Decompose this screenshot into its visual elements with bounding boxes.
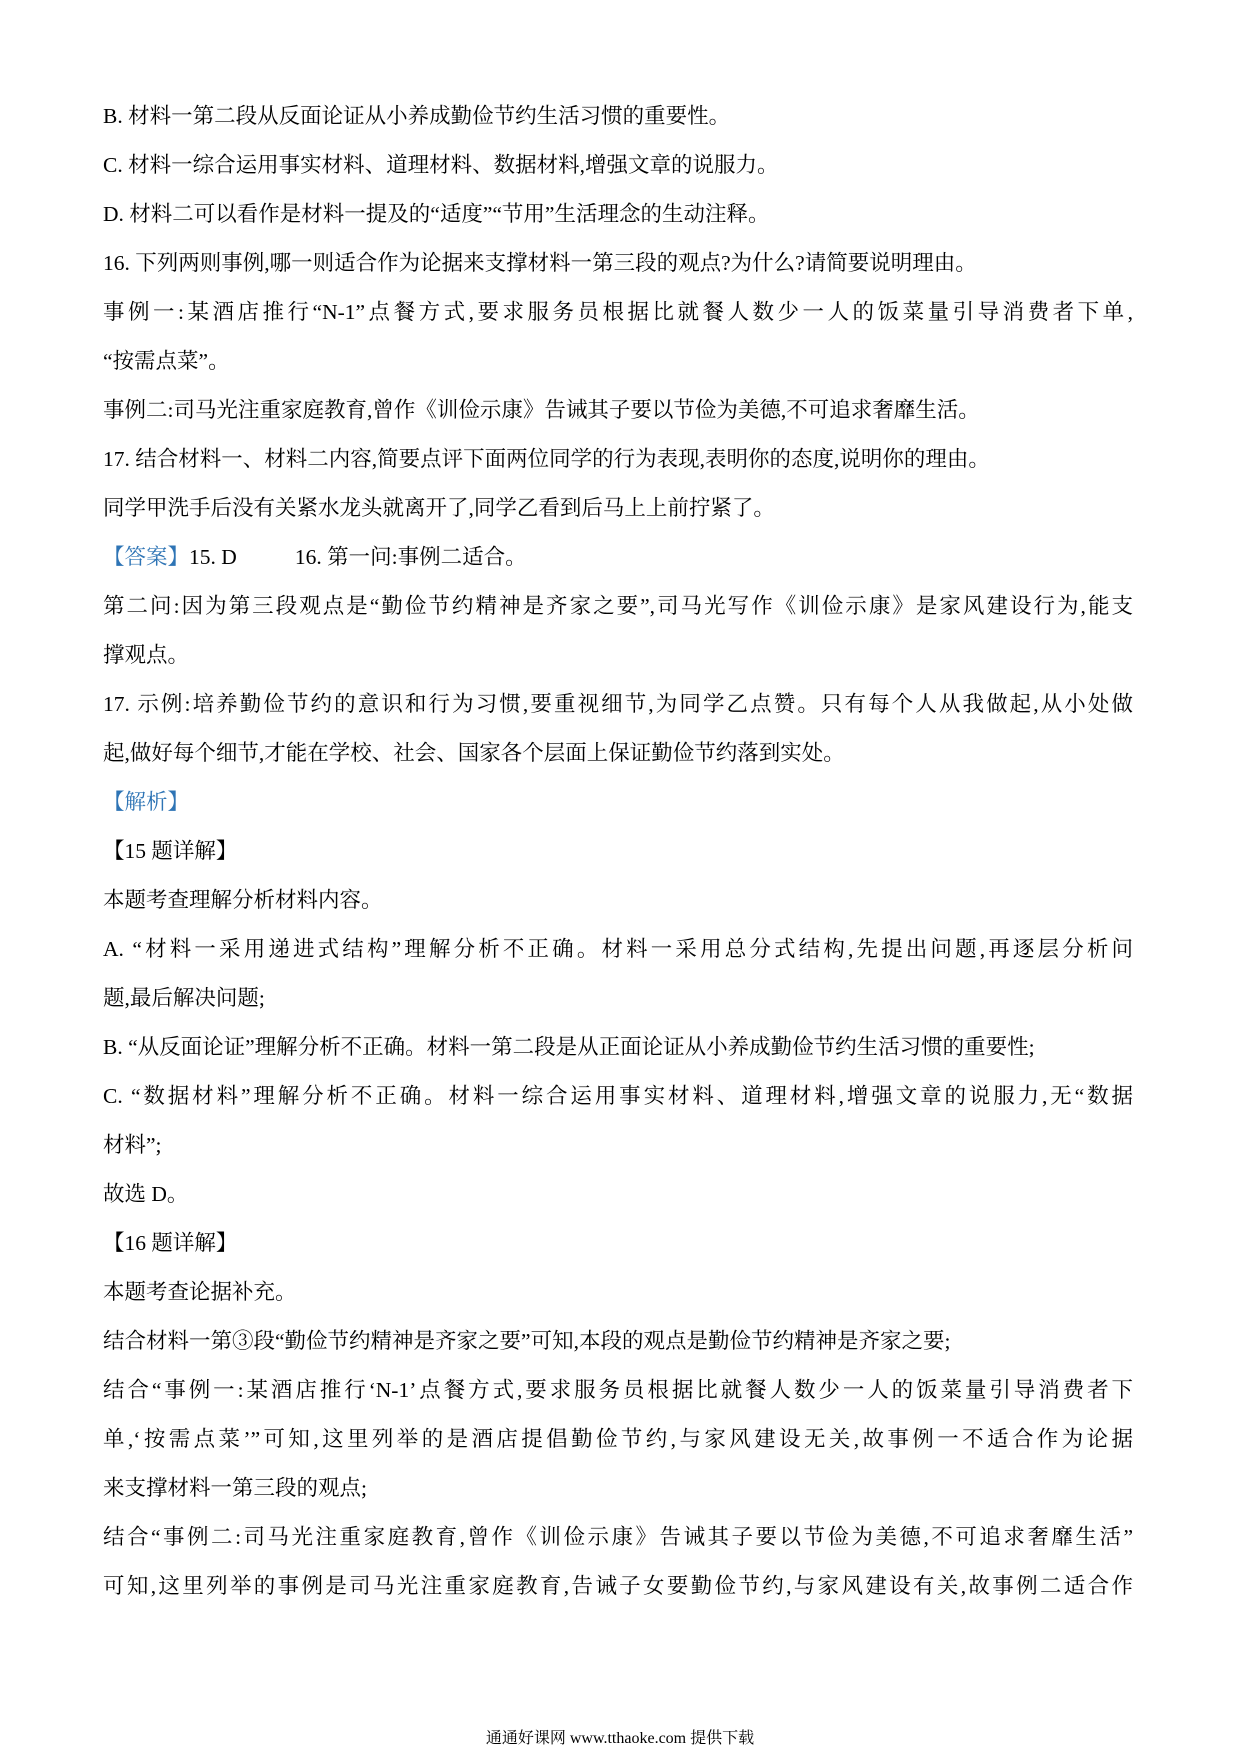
text-line: 17. 结合材料一、材料二内容,简要点评下面两位同学的行为表现,表明你的态度,说…	[103, 435, 1133, 484]
text-line: C. 材料一综合运用事实材料、道理材料、数据材料,增强文章的说服力。	[103, 141, 1133, 190]
text-line: 题,最后解决问题;	[103, 974, 1133, 1023]
text-segment: 结合“事例二:司马光注重家庭教育,曾作《训俭示康》告诫其子要以节俭为美德,不可追…	[103, 1525, 1133, 1549]
text-segment: 来支撑材料一第三段的观点;	[103, 1476, 367, 1500]
text-line: 17. 示例:培养勤俭节约的意识和行为习惯,要重视细节,为同学乙点赞。只有每个人…	[103, 680, 1133, 729]
text-segment: 本题考查理解分析材料内容。	[103, 888, 383, 912]
text-line: B. 材料一第二段从反面论证从小养成勤俭节约生活习惯的重要性。	[103, 92, 1133, 141]
footer-text: 通通好课网 www.tthaoke.com 提供下载	[486, 1730, 754, 1747]
text-line: “按需点菜”。	[103, 337, 1133, 386]
analysis-label: 【解析】	[103, 790, 189, 814]
text-segment: 16. 下列两则事例,哪一则适合作为论据来支撑材料一第三段的观点?为什么?请简要…	[103, 251, 977, 275]
text-line: 故选 D。	[103, 1170, 1133, 1219]
text-line: C. “数据材料”理解分析不正确。材料一综合运用事实材料、道理材料,增强文章的说…	[103, 1072, 1133, 1121]
text-segment: 【15 题详解】	[103, 839, 237, 863]
page-footer: 通通好课网 www.tthaoke.com 提供下载	[0, 1728, 1240, 1750]
text-segment: 【16 题详解】	[103, 1231, 237, 1255]
answer-15: 15. D	[189, 545, 237, 569]
text-line: 事例一:某酒店推行“N-1”点餐方式,要求服务员根据比就餐人数少一人的饭菜量引导…	[103, 288, 1133, 337]
text-segment: 事例一:某酒店推行“N-1”点餐方式,要求服务员根据比就餐人数少一人的饭菜量引导…	[103, 300, 1133, 324]
text-segment: “按需点菜”。	[103, 349, 230, 373]
text-segment: 17. 示例:培养勤俭节约的意识和行为习惯,要重视细节,为同学乙点赞。只有每个人…	[103, 692, 1133, 716]
text-line: 同学甲洗手后没有关紧水龙头就离开了,同学乙看到后马上上前拧紧了。	[103, 484, 1133, 533]
text-segment: A. “材料一采用递进式结构”理解分析不正确。材料一采用总分式结构,先提出问题,…	[103, 937, 1133, 961]
text-segment: C. 材料一综合运用事实材料、道理材料、数据材料,增强文章的说服力。	[103, 153, 778, 177]
text-line: 本题考查论据补充。	[103, 1268, 1133, 1317]
text-line: 【16 题详解】	[103, 1219, 1133, 1268]
text-segment: 单,‘按需点菜’”可知,这里列举的是酒店提倡勤俭节约,与家风建设无关,故事例一不…	[103, 1427, 1133, 1451]
text-segment: 第二问:因为第三段观点是“勤俭节约精神是齐家之要”,司马光写作《训俭示康》是家风…	[103, 594, 1133, 618]
text-line: 第二问:因为第三段观点是“勤俭节约精神是齐家之要”,司马光写作《训俭示康》是家风…	[103, 582, 1133, 631]
text-line: 起,做好每个细节,才能在学校、社会、国家各个层面上保证勤俭节约落到实处。	[103, 729, 1133, 778]
text-line: 结合“事例二:司马光注重家庭教育,曾作《训俭示康》告诫其子要以节俭为美德,不可追…	[103, 1513, 1133, 1562]
text-line: 结合材料一第③段“勤俭节约精神是齐家之要”可知,本段的观点是勤俭节约精神是齐家之…	[103, 1317, 1133, 1366]
text-segment: 同学甲洗手后没有关紧水龙头就离开了,同学乙看到后马上上前拧紧了。	[103, 496, 775, 520]
text-line: 可知,这里列举的事例是司马光注重家庭教育,告诫子女要勤俭节约,与家风建设有关,故…	[103, 1562, 1133, 1611]
text-segment: 结合“事例一:某酒店推行‘N-1’点餐方式,要求服务员根据比就餐人数少一人的饭菜…	[103, 1378, 1133, 1402]
text-line: A. “材料一采用递进式结构”理解分析不正确。材料一采用总分式结构,先提出问题,…	[103, 925, 1133, 974]
text-segment: 题,最后解决问题;	[103, 986, 265, 1010]
text-line: 撑观点。	[103, 631, 1133, 680]
text-line: 【答案】15. D16. 第一问:事例二适合。	[103, 533, 1133, 582]
text-segment: 可知,这里列举的事例是司马光注重家庭教育,告诫子女要勤俭节约,与家风建设有关,故…	[103, 1574, 1133, 1598]
text-line: 单,‘按需点菜’”可知,这里列举的是酒店提倡勤俭节约,与家风建设无关,故事例一不…	[103, 1415, 1133, 1464]
text-segment: C. “数据材料”理解分析不正确。材料一综合运用事实材料、道理材料,增强文章的说…	[103, 1084, 1133, 1108]
text-segment: 本题考查论据补充。	[103, 1280, 297, 1304]
text-segment: B. 材料一第二段从反面论证从小养成勤俭节约生活习惯的重要性。	[103, 104, 730, 128]
text-segment: 材料”;	[103, 1133, 162, 1157]
text-segment: 结合材料一第③段“勤俭节约精神是齐家之要”可知,本段的观点是勤俭节约精神是齐家之…	[103, 1329, 950, 1353]
text-line: 结合“事例一:某酒店推行‘N-1’点餐方式,要求服务员根据比就餐人数少一人的饭菜…	[103, 1366, 1133, 1415]
answer-label: 【答案】	[103, 545, 189, 569]
text-segment: 故选 D。	[103, 1182, 188, 1206]
text-segment: 起,做好每个细节,才能在学校、社会、国家各个层面上保证勤俭节约落到实处。	[103, 741, 845, 765]
text-segment: 17. 结合材料一、材料二内容,简要点评下面两位同学的行为表现,表明你的态度,说…	[103, 447, 990, 471]
text-line: 16. 下列两则事例,哪一则适合作为论据来支撑材料一第三段的观点?为什么?请简要…	[103, 239, 1133, 288]
text-segment: D. 材料二可以看作是材料一提及的“适度”“节用”生活理念的生动注释。	[103, 202, 769, 226]
text-line: 事例二:司马光注重家庭教育,曾作《训俭示康》告诫其子要以节俭为美德,不可追求奢靡…	[103, 386, 1133, 435]
text-line: 【15 题详解】	[103, 827, 1133, 876]
document-body: B. 材料一第二段从反面论证从小养成勤俭节约生活习惯的重要性。C. 材料一综合运…	[103, 92, 1133, 1611]
document-page: B. 材料一第二段从反面论证从小养成勤俭节约生活习惯的重要性。C. 材料一综合运…	[0, 0, 1240, 1754]
text-line: 材料”;	[103, 1121, 1133, 1170]
text-line: 来支撑材料一第三段的观点;	[103, 1464, 1133, 1513]
text-segment: 事例二:司马光注重家庭教育,曾作《训俭示康》告诫其子要以节俭为美德,不可追求奢靡…	[103, 398, 980, 422]
text-segment: 撑观点。	[103, 643, 189, 667]
text-line: D. 材料二可以看作是材料一提及的“适度”“节用”生活理念的生动注释。	[103, 190, 1133, 239]
text-line: 【解析】	[103, 778, 1133, 827]
answer-16: 16. 第一问:事例二适合。	[295, 545, 527, 569]
text-segment: B. “从反面论证”理解分析不正确。材料一第二段是从正面论证从小养成勤俭节约生活…	[103, 1035, 1035, 1059]
text-line: B. “从反面论证”理解分析不正确。材料一第二段是从正面论证从小养成勤俭节约生活…	[103, 1023, 1133, 1072]
text-line: 本题考查理解分析材料内容。	[103, 876, 1133, 925]
